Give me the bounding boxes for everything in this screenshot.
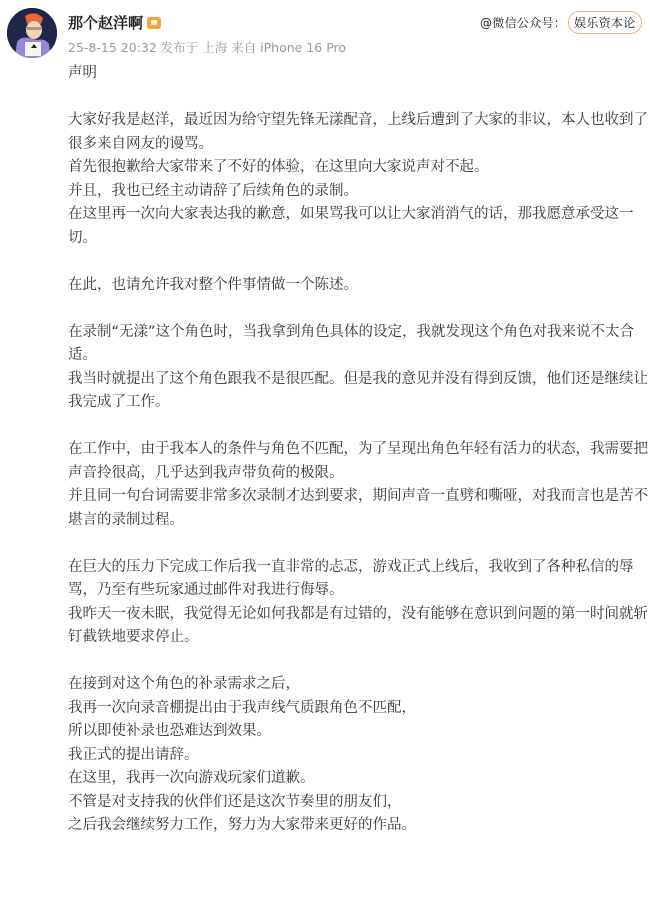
post-line: 之后我会继续努力工作，努力为大家带来更好的作品。 [68,814,648,838]
post-line: 我再一次向录音棚提出由于我声线气质跟角色不匹配， [68,697,648,721]
watermark: @微信公众号：娱乐资本论 [480,11,642,34]
author-name-text[interactable]: 那个赵洋啊 [68,12,143,33]
avatar[interactable] [7,8,57,58]
post-line: 并且同一句台词需要非常多次录制才达到要求，期间声音一直劈和嘶哑，对我而言也是苦不… [68,485,648,532]
watermark-name-pill: 娱乐资本论 [568,11,642,34]
vip-crown-icon [147,17,161,29]
post-line: 大家好我是赵洋，最近因为给守望先锋无漾配音，上线后遭到了大家的非议，本人也收到了… [68,109,648,156]
post-line: 在录制“无漾”这个角色时，当我拿到角色具体的设定，我就发现这个角色对我来说不太合… [68,321,648,368]
post-line: 在这里再一次向大家表达我的歉意，如果骂我可以让大家消消气的话，那我愿意承受这一切… [68,203,648,250]
post-line: 不管是对支持我的伙伴们还是这次节奏里的朋友们， [68,791,648,815]
avatar-illustration-icon [7,8,57,58]
post-line: 在巨大的压力下完成工作后我一直非常的忐忑，游戏正式上线后，我收到了各种私信的辱骂… [68,556,648,603]
post-line: 我昨天一夜未眠，我觉得无论如何我都是有过错的，没有能够在意识到问题的第一时间就斩… [68,603,648,650]
post-line: 在工作中，由于我本人的条件与角色不匹配，为了呈现出角色年轻有活力的状态，我需要把… [68,438,648,485]
post-line: 在接到对这个角色的补录需求之后， [68,673,648,697]
post-line: 我当时就提出了这个角色跟我不是很匹配。但是我的意见并没有得到反馈，他们还是继续让… [68,368,648,415]
post-line: 在这里，我再一次向游戏玩家们道歉。 [68,767,648,791]
author-name[interactable]: 那个赵洋啊 [68,12,161,33]
post-meta: 25-8-15 20:32 发布于 上海 来自 iPhone 16 Pro [68,38,346,56]
post-content: 声明 大家好我是赵洋，最近因为给守望先锋无漾配音，上线后遭到了大家的非议，本人也… [68,62,648,838]
post-title: 声明 [68,62,648,86]
post-line: 所以即使补录也恐难达到效果。 [68,720,648,744]
post-line: 在此，也请允许我对整个件事情做一个陈述。 [68,274,648,298]
post-line: 首先很抱歉给大家带来了不好的体验，在这里向大家说声对不起。 [68,156,648,180]
post-line: 并且，我也已经主动请辞了后续角色的录制。 [68,180,648,204]
post-line: 我正式的提出请辞。 [68,744,648,768]
watermark-prefix: @微信公众号： [480,16,566,30]
